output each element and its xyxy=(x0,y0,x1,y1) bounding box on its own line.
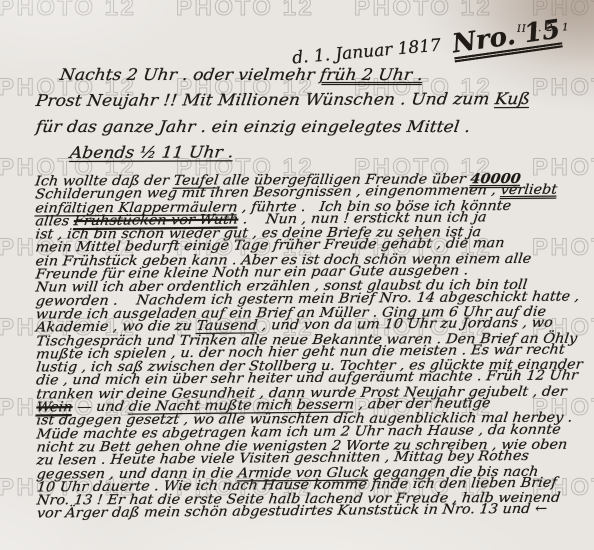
handwriting-line: Abends ½ 11 Uhr . xyxy=(68,138,594,166)
watermark-text: PHOTO 12 xyxy=(176,0,314,22)
manuscript-photograph: PHOTO 12PHOTO 12PHOTO 12PHOTO 12PHOTO 12… xyxy=(0,0,594,550)
handwriting-emphasis: Kuß xyxy=(494,89,531,108)
handwriting-text: für das ganze Jahr . ein einzig eingeleg… xyxy=(35,117,472,136)
handwriting-line: Nachts 2 Uhr . oder vielmehr früh 2 Uhr … xyxy=(58,62,594,88)
body-paragraph: Ich wollte daß der Teufel alle übergefäl… xyxy=(35,173,593,522)
intro-paragraph: Nachts 2 Uhr . oder vielmehr früh 2 Uhr … xyxy=(36,62,588,166)
handwriting-emphasis: Abends ½ 11 Uhr . xyxy=(69,142,235,162)
letter-number: Nro. 15 xyxy=(450,15,562,60)
handwriting-line: Prost Neujahr !! Mit Millionen Wünschen … xyxy=(34,86,594,114)
handwriting-line: vor Ärger daß mein schön abgestudirtes K… xyxy=(36,502,594,521)
handwriting-text: vor Ärger daß mein schön abgestudirtes K… xyxy=(36,501,548,522)
handwriting-text: Nachts 2 Uhr . oder vielmehr xyxy=(59,65,321,84)
handwriting-emphasis: verliebt xyxy=(500,182,558,199)
watermark-text: PHOTO 12 xyxy=(354,0,492,22)
handwriting-text: Prost Neujahr !! Mit Millionen Wünschen … xyxy=(35,89,496,110)
handwriting-emphasis: früh 2 Uhr . xyxy=(319,65,424,84)
watermark-text: PHOTO 12 xyxy=(0,0,136,22)
handwriting-line: für das ganze Jahr . ein einzig eingeleg… xyxy=(34,114,594,140)
